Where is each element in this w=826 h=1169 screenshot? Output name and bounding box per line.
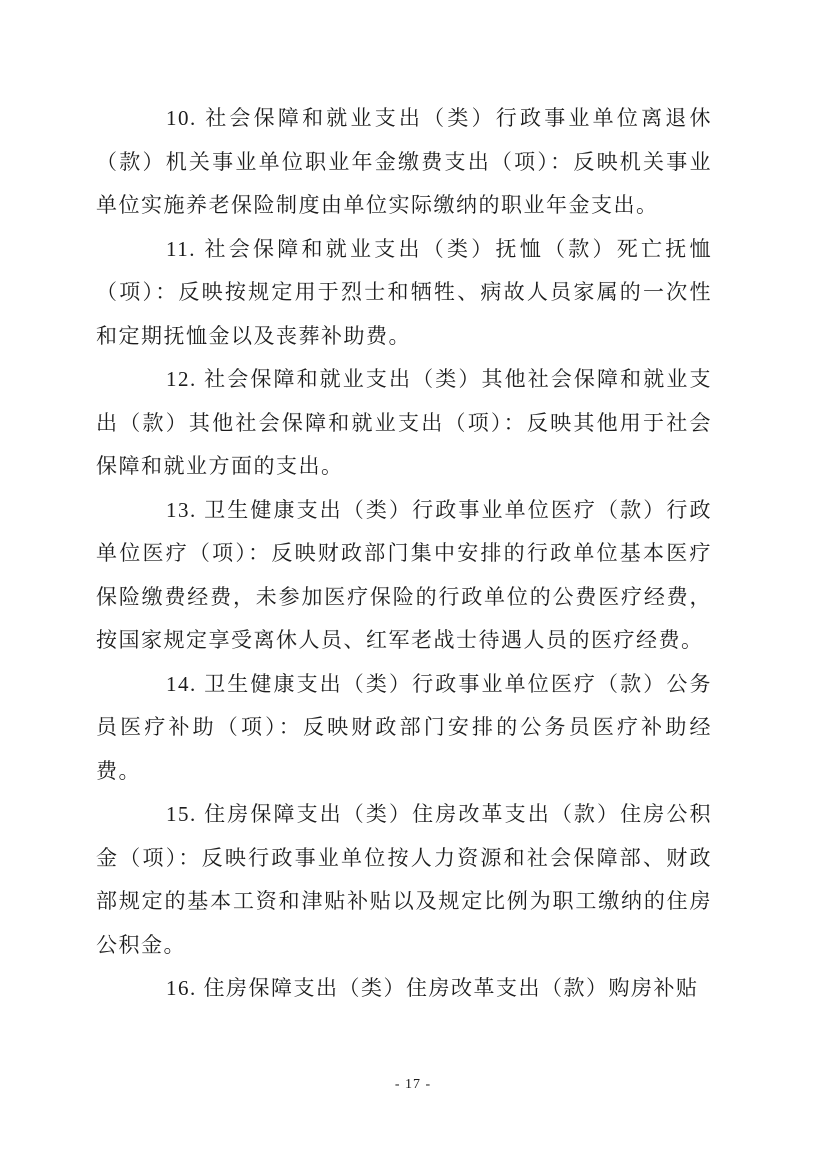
paragraph-14: 14. 卫生健康支出（类）行政事业单位医疗（款）公务员医疗补助（项）：反映财政部…: [96, 663, 712, 794]
paragraph-11: 11. 社会保障和就业支出（类）抚恤（款）死亡抚恤（项）：反映按规定用于烈士和牺…: [96, 228, 712, 359]
document-page: 10. 社会保障和就业支出（类）行政事业单位离退休（款）机关事业单位职业年金缴费…: [0, 0, 826, 1169]
page-number: - 17 -: [0, 1077, 826, 1093]
paragraph-12: 12. 社会保障和就业支出（类）其他社会保障和就业支出（款）其他社会保障和就业支…: [96, 358, 712, 489]
paragraph-16: 16. 住房保障支出（类）住房改革支出（款）购房补贴: [96, 967, 712, 1011]
paragraph-15: 15. 住房保障支出（类）住房改革支出（款）住房公积金（项）：反映行政事业单位按…: [96, 793, 712, 967]
paragraph-13: 13. 卫生健康支出（类）行政事业单位医疗（款）行政单位医疗（项）：反映财政部门…: [96, 489, 712, 663]
document-body: 10. 社会保障和就业支出（类）行政事业单位离退休（款）机关事业单位职业年金缴费…: [96, 97, 712, 1011]
paragraph-10: 10. 社会保障和就业支出（类）行政事业单位离退休（款）机关事业单位职业年金缴费…: [96, 97, 712, 228]
